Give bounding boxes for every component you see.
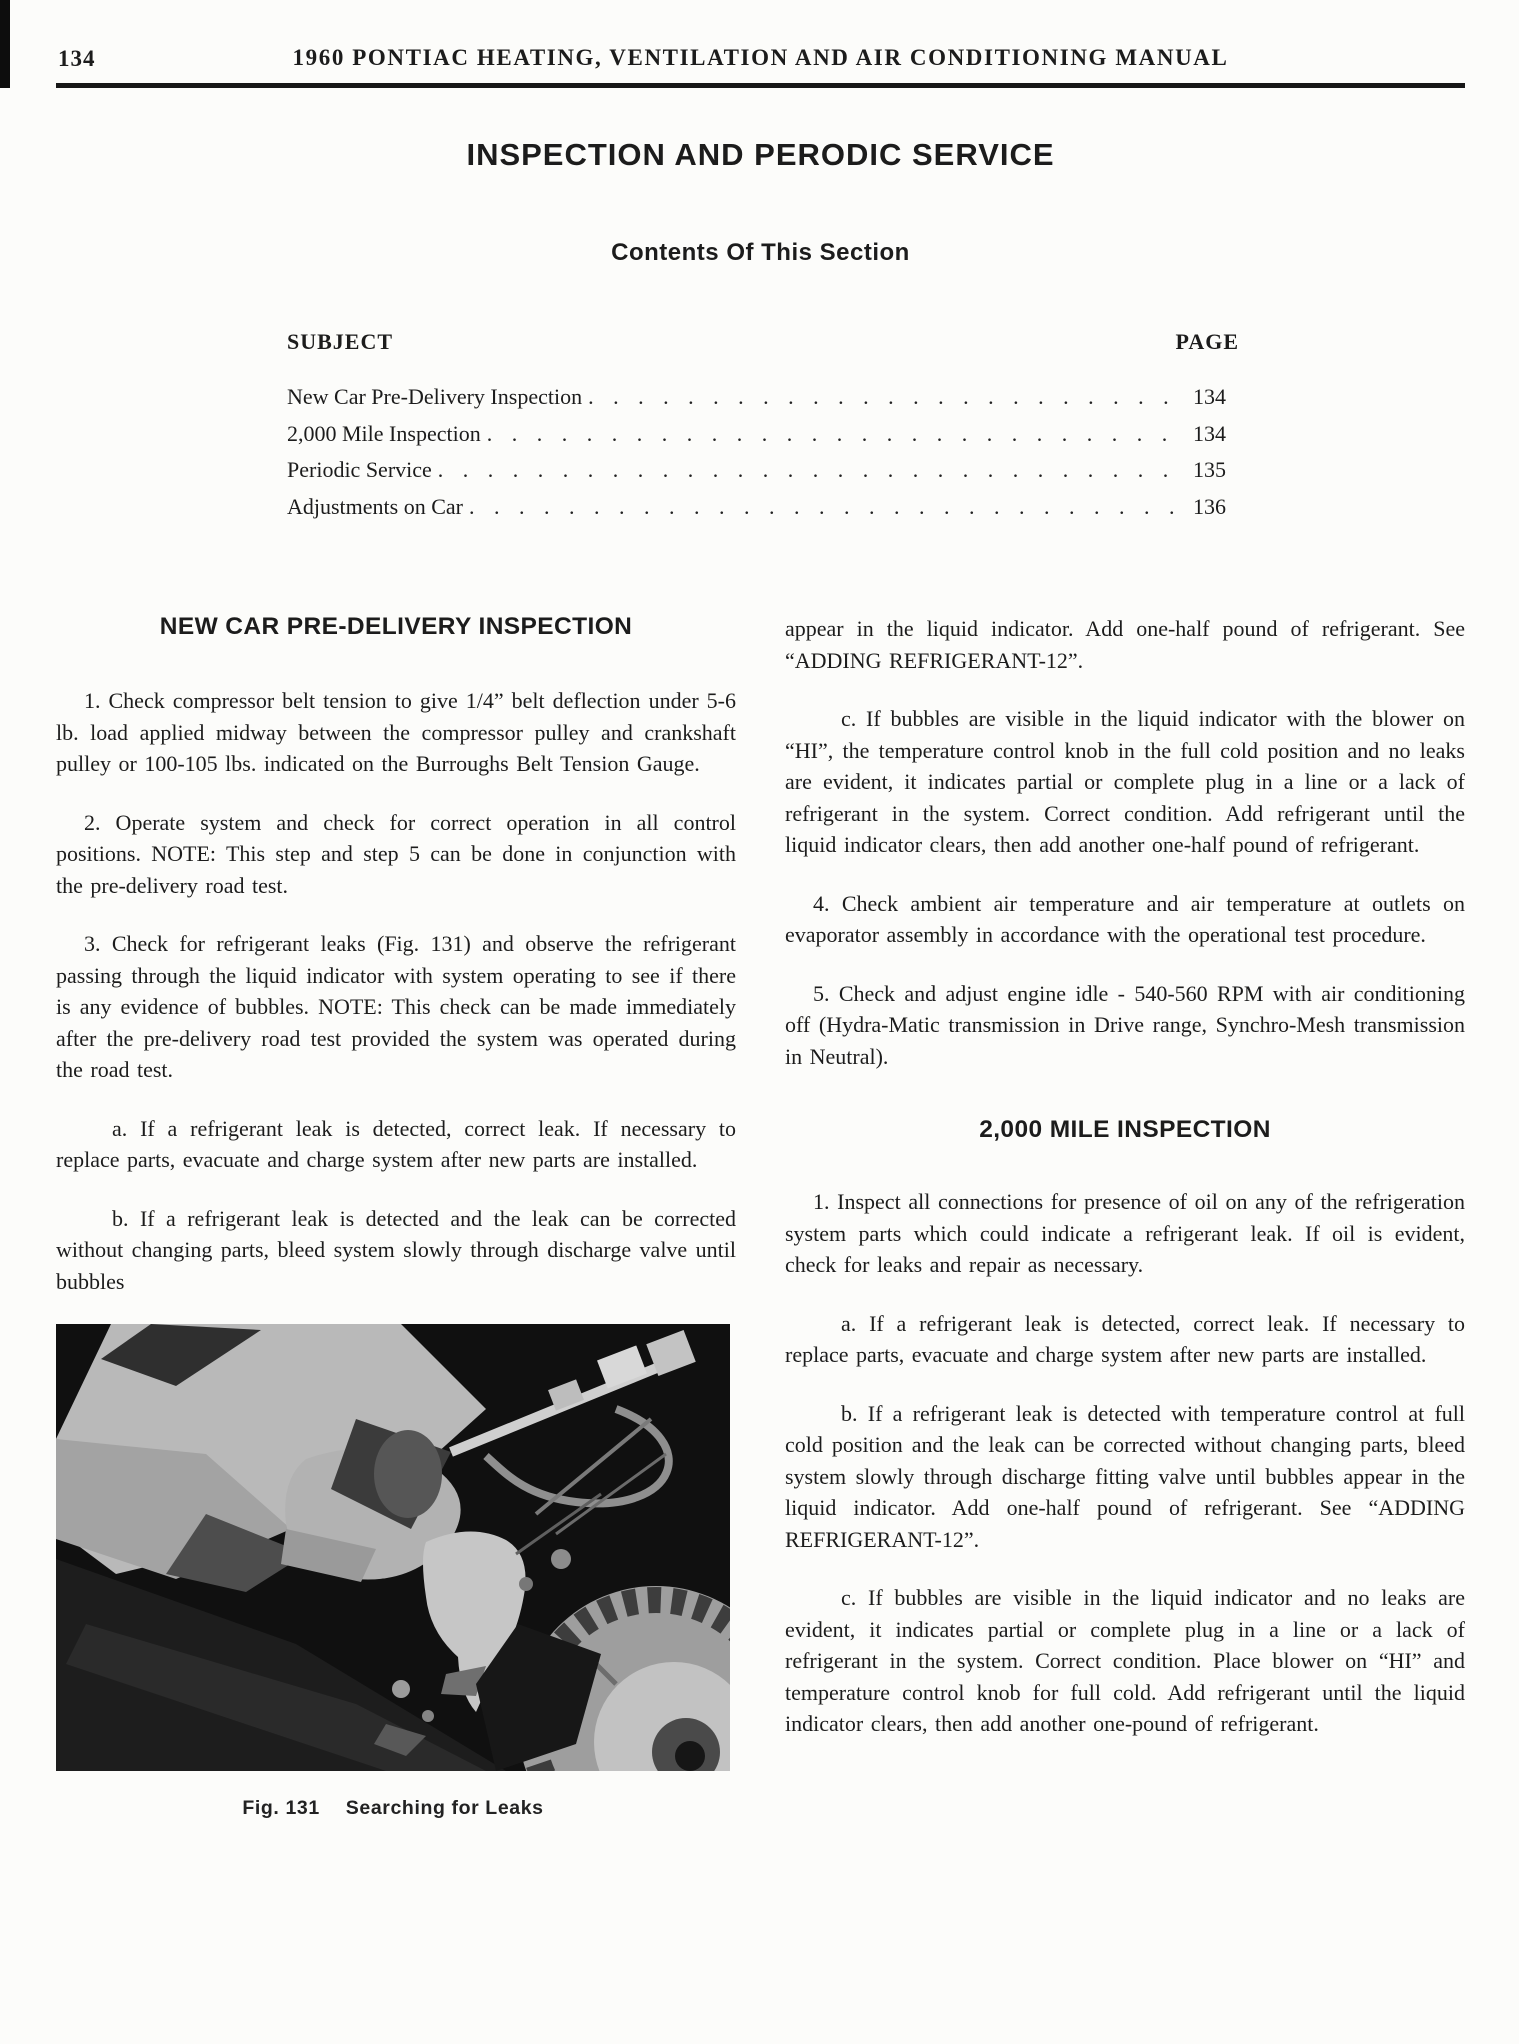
paragraph: 1. Check compressor belt tension to give…	[56, 685, 736, 780]
figure-caption: Fig. 131Searching for Leaks	[56, 1797, 730, 1820]
toc-entry: Adjustments on Car 136	[287, 489, 1239, 526]
toc-subject-label: SUBJECT	[287, 329, 393, 355]
toc-entry-page: 134	[1193, 416, 1239, 453]
toc-entry-subject: Periodic Service	[287, 452, 432, 489]
toc-entry-page: 135	[1193, 452, 1239, 489]
left-column: NEW CAR PRE-DELIVERY INSPECTION 1. Check…	[56, 613, 736, 1820]
toc-entry: 2,000 Mile Inspection 134	[287, 416, 1239, 453]
paragraph: b. If a refrigerant leak is detected wit…	[785, 1398, 1465, 1556]
manual-page: 134 1960 PONTIAC HEATING, VENTILATION AN…	[0, 0, 1519, 1820]
toc-entry: Periodic Service 135	[287, 452, 1239, 489]
paragraph: b. If a refrigerant leak is detected and…	[56, 1203, 736, 1298]
page-header: 134 1960 PONTIAC HEATING, VENTILATION AN…	[56, 42, 1465, 74]
toc-page-label: PAGE	[1176, 329, 1239, 355]
figure-image	[56, 1324, 730, 1771]
paragraph: c. If bubbles are visible in the liquid …	[785, 703, 1465, 861]
toc-entry-page: 136	[1193, 489, 1239, 526]
paragraph: appear in the liquid indicator. Add one-…	[785, 613, 1465, 676]
figure-131: Fig. 131Searching for Leaks	[56, 1324, 730, 1820]
paragraph: 1. Inspect all connections for presence …	[785, 1186, 1465, 1281]
right-column: appear in the liquid indicator. Add one-…	[785, 613, 1465, 1820]
paragraph: a. If a refrigerant leak is detected, co…	[56, 1113, 736, 1176]
toc-entry-page: 134	[1193, 379, 1239, 416]
paragraph: 2. Operate system and check for correct …	[56, 807, 736, 902]
table-of-contents: SUBJECT PAGE New Car Pre-Delivery Inspec…	[287, 329, 1239, 525]
header-rule	[56, 83, 1465, 88]
figure-caption-title: Searching for Leaks	[346, 1797, 544, 1819]
right-column-heading: 2,000 MILE INSPECTION	[785, 1116, 1465, 1144]
paragraph: 4. Check ambient air temperature and air…	[785, 888, 1465, 951]
section-title: INSPECTION AND PERODIC SERVICE	[56, 137, 1465, 173]
figure-caption-label: Fig. 131	[242, 1797, 319, 1819]
left-column-heading: NEW CAR PRE-DELIVERY INSPECTION	[56, 613, 736, 641]
toc-entry: New Car Pre-Delivery Inspection 134	[287, 379, 1239, 416]
toc-entry-subject: 2,000 Mile Inspection	[287, 416, 481, 453]
dot-leader	[588, 379, 1187, 416]
two-column-body: NEW CAR PRE-DELIVERY INSPECTION 1. Check…	[56, 613, 1465, 1820]
paragraph: 3. Check for refrigerant leaks (Fig. 131…	[56, 928, 736, 1086]
contents-heading: Contents Of This Section	[56, 239, 1465, 267]
toc-header: SUBJECT PAGE	[287, 329, 1239, 355]
page-number: 134	[58, 46, 96, 72]
toc-entry-subject: New Car Pre-Delivery Inspection	[287, 379, 582, 416]
paragraph: c. If bubbles are visible in the liquid …	[785, 1582, 1465, 1740]
dot-leader	[487, 416, 1187, 453]
paragraph: 5. Check and adjust engine idle - 540-56…	[785, 978, 1465, 1073]
manual-title: 1960 PONTIAC HEATING, VENTILATION AND AI…	[56, 42, 1465, 71]
paragraph: a. If a refrigerant leak is detected, co…	[785, 1308, 1465, 1371]
scan-artifact-edge	[0, 0, 10, 88]
dot-leader	[469, 489, 1187, 526]
toc-entry-subject: Adjustments on Car	[287, 489, 463, 526]
dot-leader	[438, 452, 1187, 489]
